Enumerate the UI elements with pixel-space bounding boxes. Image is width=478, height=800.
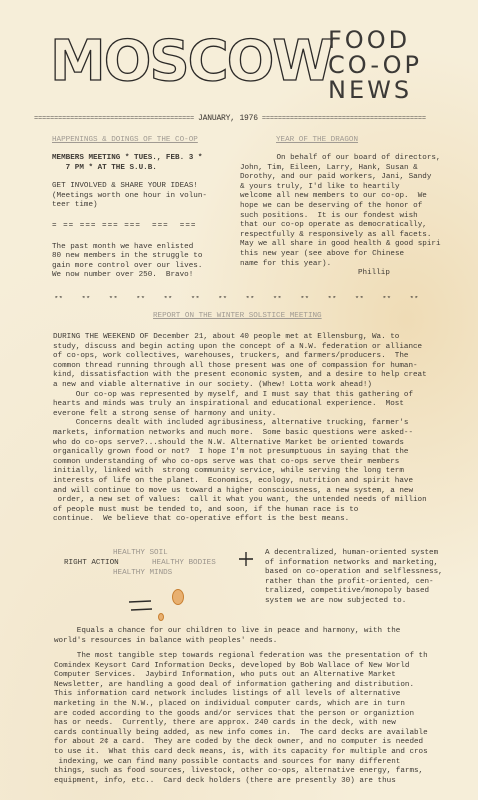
welcome-line: Dorothy, and our paid workers, Jani, San… [240,173,472,183]
article-line: kind, dissatisfaction with the present e… [53,371,473,381]
meeting-line-1: MEMBERS MEETING * TUES., FEB. 3 * [52,154,237,164]
diagram-right: HEALTHY BODIES [152,559,216,569]
stain-mark [172,589,184,605]
welcome-line: such positions. It is our fondest wish [240,212,472,222]
article-line: equipment, info, etc.. Card deck holders… [54,777,474,787]
equals-statement: Equals a chance for our children to live… [54,627,474,646]
masthead-subtitle-coop: CO-OP [328,53,422,78]
masthead-logo: MOSCOW [50,32,332,92]
article-line: The most tangible step towards regional … [54,652,474,662]
left-divider: = == === === === === === [52,222,237,232]
welcome-line: hope we can be deserving of the honor of [240,202,472,212]
description-line: tralized, competitive/monopoly based [265,587,475,597]
date-rule: ========================================… [34,114,450,123]
diagram-description: A decentralized, human-oriented system o… [265,549,475,607]
welcome-line: May we all share in good health & good s… [240,240,472,250]
article-line: cards continually being added, as new in… [54,729,474,739]
article-line: order, a new set of values: call it what… [53,496,473,506]
members-line: 80 new members in the struggle to [52,252,237,262]
stain-mark [158,613,164,621]
description-line: of information networks and marketing, [265,559,475,569]
newsletter-page: MOSCOW FOOD CO-OP NEWS =================… [0,0,478,800]
article-line: common understanding of who co-ops serve… [53,458,473,468]
masthead-subtitle-news: NEWS [328,78,422,103]
welcome-line: name for this year). [240,260,472,270]
welcome-line: On behalf of our board of directors, [240,154,472,164]
article-line: initially, linked with strong community … [53,467,473,477]
article-heading: REPORT ON THE WINTER SOLSTICE MEETING [153,312,322,320]
article-line: markets, information networks and much m… [53,429,473,439]
involved-line: teer time) [52,201,237,211]
article-line: hearts and minds was truly an inspiratio… [53,400,473,410]
left-column: HAPPENINGS & DOINGS OF THE CO-OP MEMBERS… [52,136,237,281]
article-line: things, such as food sources, livestock,… [54,767,474,777]
members-line: We now number over 250. Bravo! [52,271,237,281]
article-paragraph-2: The most tangible step towards regional … [54,652,474,786]
signature: Phillip [240,269,472,279]
article-line: Computer Services. Jaybird Information, … [54,671,474,681]
equals-line: Equals a chance for our children to live… [54,627,474,637]
left-column-heading: HAPPENINGS & DOINGS OF THE CO-OP [52,136,237,144]
right-column-heading: YEAR OF THE DRAGON [240,136,472,144]
description-line: system we are now subjected to. [265,597,475,607]
article-line: has or needs. Currently, there are appro… [54,719,474,729]
article-line: DURING THE WEEKEND OF December 21, about… [53,333,473,343]
equals-icon [128,598,154,614]
article-paragraph-1: DURING THE WEEKEND OF December 21, about… [53,333,473,525]
article-line: indexing, we can find many possible cont… [54,758,474,768]
article-line: of co-ops, work collectives, warehouses,… [53,352,473,362]
article-line: Comindex Keysort Card Information Decks,… [54,662,474,672]
diagram-top: HEALTHY SOIL [113,549,168,559]
description-line: rather than the profit-oriented, cen- [265,578,475,588]
article-line: are coded according to the goods and/or … [54,710,474,720]
masthead-subtitle: FOOD CO-OP NEWS [328,28,422,103]
article-line: for about 2¢ a card. They are coded by t… [54,738,474,748]
article-line: everone felt a strong sense of harmony a… [53,410,473,420]
article-line: Concerns dealt with included agribusines… [53,419,473,429]
members-line: gain more control over our lives. [52,262,237,272]
welcome-line: that our co-op operate as democratically… [240,221,472,231]
masthead-subtitle-food: FOOD [328,28,422,53]
article-line: Our co-op was represented by myself, and… [53,391,473,401]
welcome-line: this new year (see above for Chinese [240,250,472,260]
description-line: A decentralized, human-oriented system [265,549,475,559]
diagram-left: RIGHT ACTION [64,559,119,569]
article-line: of people must must be tended to, and so… [53,506,473,516]
diagram-bottom: HEALTHY MINDS [113,569,172,579]
article-line: Newsletter, are handling a good deal of … [54,681,474,691]
article-line: common thread running through all those … [53,362,473,372]
date-rule-left: ======================================== [34,115,194,123]
article-line: marketing in the N.W., placed on individ… [54,700,474,710]
article-line: study, discuss and begin acting upon the… [53,343,473,353]
star-divider: ** ** ** ** ** ** ** ** ** ** ** ** ** *… [54,296,474,306]
description-line: based on co-operation and selflessness, [265,568,475,578]
article-line: interests of life on the planet. Economi… [53,477,473,487]
article-line: who do co-ops serve?...should the N.W. A… [53,439,473,449]
involved-line: (Meetings worth one hour in volun- [52,192,237,202]
welcome-line: & yours truly, I'd like to heartily [240,183,472,193]
meeting-line-2: 7 PM * AT THE S.U.B. [52,164,237,174]
article-line: a new and viable alternative in our soci… [53,381,473,391]
members-line: The past month we have enlisted [52,243,237,253]
article-line: This information card network includes l… [54,690,474,700]
masthead: MOSCOW FOOD CO-OP NEWS [50,28,430,108]
right-column: YEAR OF THE DRAGON On behalf of our boar… [240,136,472,279]
article-line: organically grown food or not? I hope I'… [53,448,473,458]
article-line: to use it. What this card deck means, is… [54,748,474,758]
article-line: continue. We believe that co-operative e… [53,515,473,525]
welcome-line: John, Tim, Eileen, Larry, Hank, Susan & [240,164,472,174]
date-rule-right: ========================================… [262,115,426,123]
article-line: and will continue to move us toward a hi… [53,487,473,497]
issue-date: JANUARY, 1976 [198,114,258,123]
involved-line: GET INVOLVED & SHARE YOUR IDEAS! [52,182,237,192]
equals-line: world's resources in balance with people… [54,637,474,647]
welcome-line: welcome all new members to our co-op. We [240,192,472,202]
plus-icon [238,551,254,567]
welcome-line: respectfully & responsively as all facet… [240,231,472,241]
